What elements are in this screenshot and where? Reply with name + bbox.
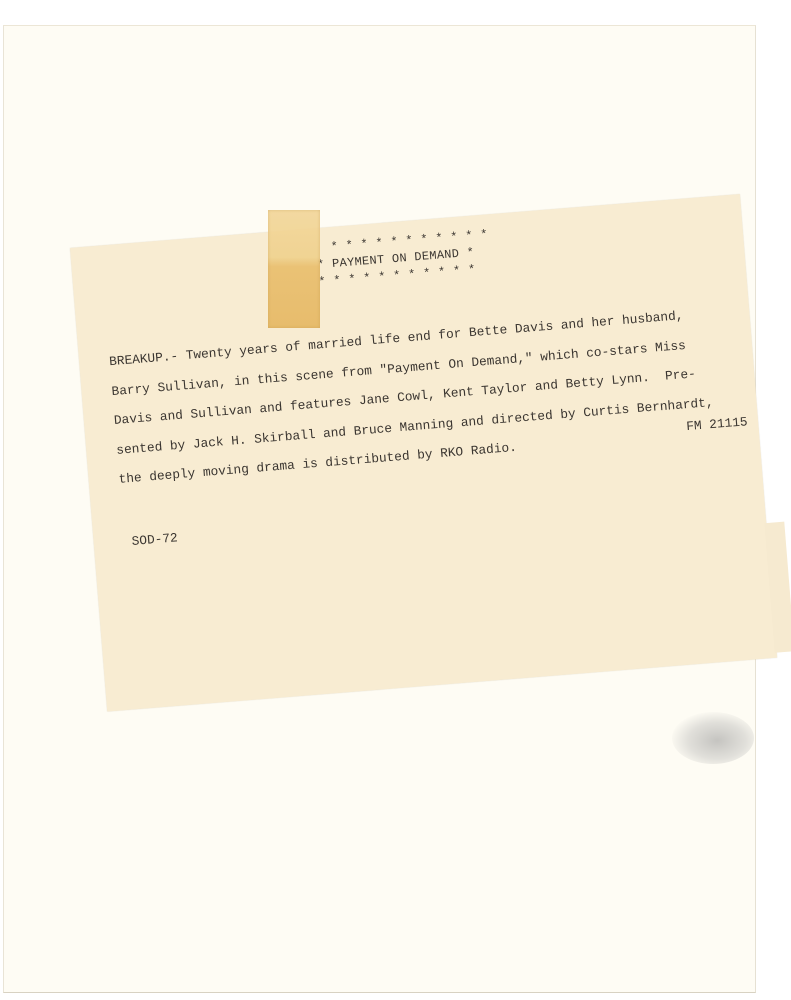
card-fold-edge	[764, 522, 791, 653]
caption-body: BREAKUP.- Twenty years of married life e…	[108, 296, 758, 494]
slug-code: SOD-72	[131, 530, 178, 549]
adhesive-tape-strip	[268, 210, 320, 328]
caption-snipe-card: * * * * * * * * * * * * PAYMENT ON DEMAN…	[70, 194, 777, 711]
scanned-photo-back: * * * * * * * * * * * * PAYMENT ON DEMAN…	[0, 0, 791, 1000]
title-banner: * * * * * * * * * * * * PAYMENT ON DEMAN…	[315, 225, 508, 291]
smudge-mark	[672, 712, 754, 764]
star-right: *	[466, 246, 475, 261]
